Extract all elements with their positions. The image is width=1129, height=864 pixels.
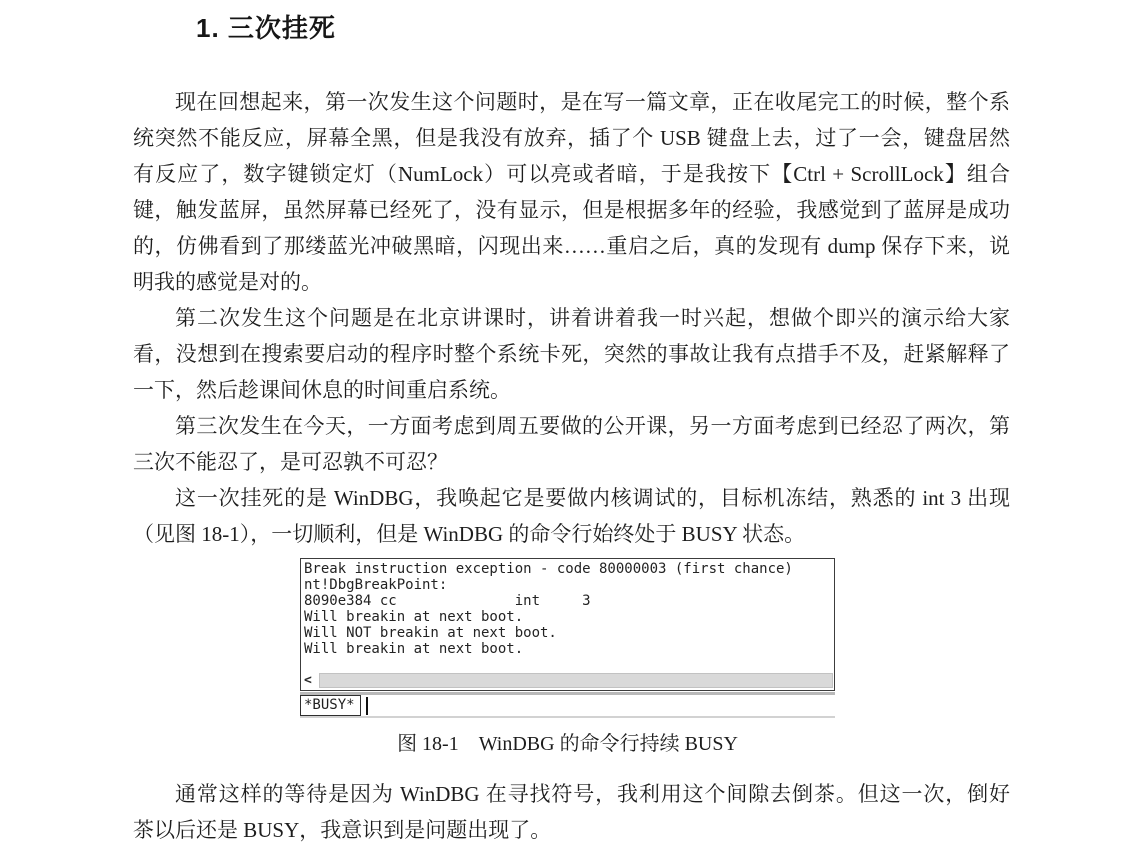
paragraph: 现在回想起来，第一次发生这个问题时，是在写一篇文章，正在收尾完工的时候，整个系统… (133, 84, 1010, 300)
text-line: 的，仿佛看到了那缕蓝光冲破黑暗，闪现出来……重启之后，真的发现有 dump 保存… (133, 228, 1010, 264)
debugger-output-text: Break instruction exception - code 80000… (301, 559, 834, 672)
text-line: 看，没想到在搜索要启动的程序时整个系统卡死，突然的事故让我有点措手不及，赶紧解释… (133, 336, 1010, 372)
terminal-line: Will NOT breakin at next boot. (304, 625, 831, 641)
paragraph: 这一次挂死的是 WinDBG，我唤起它是要做内核调试的，目标机冻结，熟悉的 in… (133, 480, 1010, 552)
text-line: 键，触发蓝屏，虽然屏幕已经死了，没有显示，但是根据多年的经验，我感觉到了蓝屏是成… (133, 192, 1010, 228)
paragraph: 第二次发生这个问题是在北京讲课时，讲着讲着我一时兴起，想做个即兴的演示给大家看，… (133, 300, 1010, 408)
scrollbar-track (319, 673, 833, 688)
busy-status-badge: *BUSY* (300, 695, 361, 716)
windbg-output-window: Break instruction exception - code 80000… (300, 558, 835, 691)
paragraph: 通常这样的等待是因为 WinDBG 在寻找符号，我利用这个间隙去倒茶。但这一次，… (133, 776, 1010, 848)
text-line: 统突然不能反应，屏幕全黑，但是我没有放弃，插了个 USB 键盘上去，过了一会，键… (133, 120, 1010, 156)
text-line: 第二次发生这个问题是在北京讲课时，讲着讲着我一时兴起，想做个即兴的演示给大家 (133, 300, 1010, 336)
terminal-line (304, 657, 831, 672)
closing-paragraphs: 通常这样的等待是因为 WinDBG 在寻找符号，我利用这个间隙去倒茶。但这一次，… (133, 776, 1010, 848)
terminal-line: nt!DbgBreakPoint: (304, 577, 831, 593)
body-paragraphs: 现在回想起来，第一次发生这个问题时，是在写一篇文章，正在收尾完工的时候，整个系统… (133, 84, 1010, 552)
scroll-left-arrow-icon: < (302, 673, 319, 688)
text-line: 一下，然后趁课间休息的时间重启系统。 (133, 372, 1010, 408)
text-line: 现在回想起来，第一次发生这个问题时，是在写一篇文章，正在收尾完工的时候，整个系 (133, 84, 1010, 120)
terminal-line: Will breakin at next boot. (304, 609, 831, 625)
terminal-line: 8090e384 cc int 3 (304, 593, 831, 609)
text-line: 茶以后还是 BUSY，我意识到是问题出现了。 (133, 812, 1010, 848)
text-line: 明我的感觉是对的。 (133, 264, 1010, 300)
text-line: 第三次发生在今天，一方面考虑到周五要做的公开课，另一方面考虑到已经忍了两次，第 (133, 408, 1010, 444)
horizontal-scrollbar: < (301, 672, 834, 690)
windbg-screenshot-figure: Break instruction exception - code 80000… (300, 558, 835, 756)
text-line: 有反应了，数字键锁定灯（NumLock）可以亮或者暗，于是我按下【Ctrl + … (133, 156, 1010, 192)
command-input-row: *BUSY* (300, 692, 835, 718)
text-line: （见图 18-1），一切顺利，但是 WinDBG 的命令行始终处于 BUSY 状… (133, 516, 1010, 552)
terminal-line: Break instruction exception - code 80000… (304, 561, 831, 577)
section-heading: 1. 三次挂死 (196, 8, 336, 45)
text-line: 这一次挂死的是 WinDBG，我唤起它是要做内核调试的，目标机冻结，熟悉的 in… (133, 480, 1010, 516)
terminal-line: Will breakin at next boot. (304, 641, 831, 657)
text-line: 通常这样的等待是因为 WinDBG 在寻找符号，我利用这个间隙去倒茶。但这一次，… (133, 776, 1010, 812)
paragraph: 第三次发生在今天，一方面考虑到周五要做的公开课，另一方面考虑到已经忍了两次，第三… (133, 408, 1010, 480)
book-page: 1. 三次挂死 现在回想起来，第一次发生这个问题时，是在写一篇文章，正在收尾完工… (0, 0, 1129, 864)
text-line: 三次不能忍了，是可忍孰不可忍？ (133, 444, 1010, 480)
figure-caption: 图 18-1 WinDBG 的命令行持续 BUSY (300, 727, 835, 756)
text-cursor (366, 697, 368, 715)
